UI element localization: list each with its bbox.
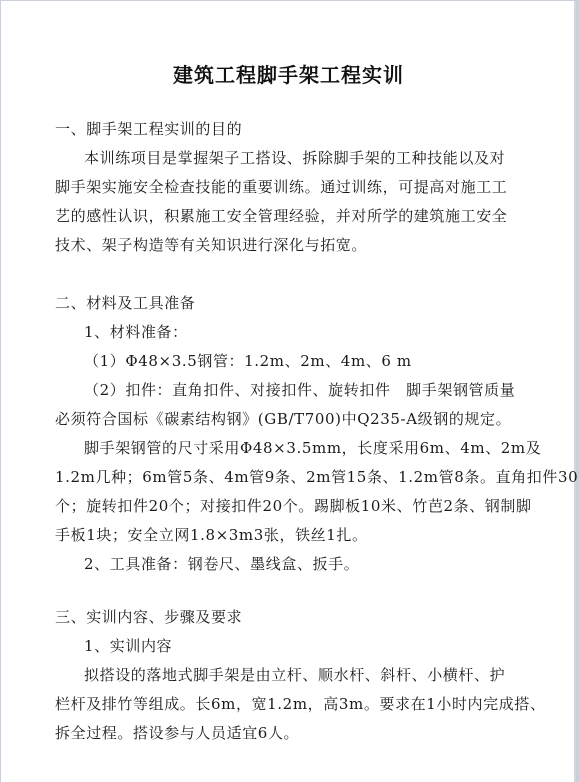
paragraph-line: 个；旋转扣件20个；对接扣件20个。踢脚板10米、竹芭2条、钢制脚 [55,496,532,516]
document-title: 建筑工程脚手架工程实训 [1,59,576,88]
section-heading-1: 一、脚手架工程实训的目的 [55,119,242,139]
subsection-heading: 1、材料准备： [84,322,188,342]
paragraph-line: 脚手架实施安全检查技能的重要训练。通过训练，可提高对施工工 [55,177,507,197]
section-heading-3: 三、实训内容、步骤及要求 [55,607,242,627]
paragraph-line: 栏杆及排竹等组成。长6m，宽1.2m，高3m。要求在1小时内完成搭、 [55,694,546,714]
subsection-heading: 1、实训内容 [84,636,172,656]
document-page: 建筑工程脚手架工程实训 一、脚手架工程实训的目的 本训练项目是掌握架子工搭设、拆… [1,1,576,782]
paragraph-line: 手板1块；安全立网1.8×3m3张，铁丝1扎。 [55,525,368,545]
subsection-heading: 2、工具准备：钢卷尺、墨线盒、扳手。 [84,554,359,574]
paragraph-line: 拟搭设的落地式脚手架是由立杆、顺水杆、斜杆、小横杆、护 [84,665,505,685]
paragraph-line: 拆全过程。搭设参与人员适宜6人。 [55,723,299,743]
paragraph-line: 本训练项目是掌握架子工搭设、拆除脚手架的工种技能以及对 [84,148,505,168]
paragraph-line: 脚手架钢管的尺寸采用Φ48×3.5mm，长度采用6m、4m、2m及 [84,438,541,458]
list-item: （1）Φ48×3.5钢管：1.2m、2m、4m、6 m [84,351,412,371]
paragraph-line: 1.2m几种；6m管5条、4m管9条、2m管15条、1.2m管8条。直角扣件30 [55,467,578,487]
paragraph-line: 艺的感性认识，积累施工安全管理经验，并对所学的建筑施工安全 [55,206,507,226]
list-item: （2）扣件：直角扣件、对接扣件、旋转扣件 脚手架钢管质量 [84,380,515,400]
paragraph-line: 技术、架子构造等有关知识进行深化与拓宽。 [55,235,367,255]
section-heading-2: 二、材料及工具准备 [55,293,195,313]
paragraph-line: 必须符合国标《碳素结构钢》(GB/T700)中Q235-A级钢的规定。 [55,409,511,429]
